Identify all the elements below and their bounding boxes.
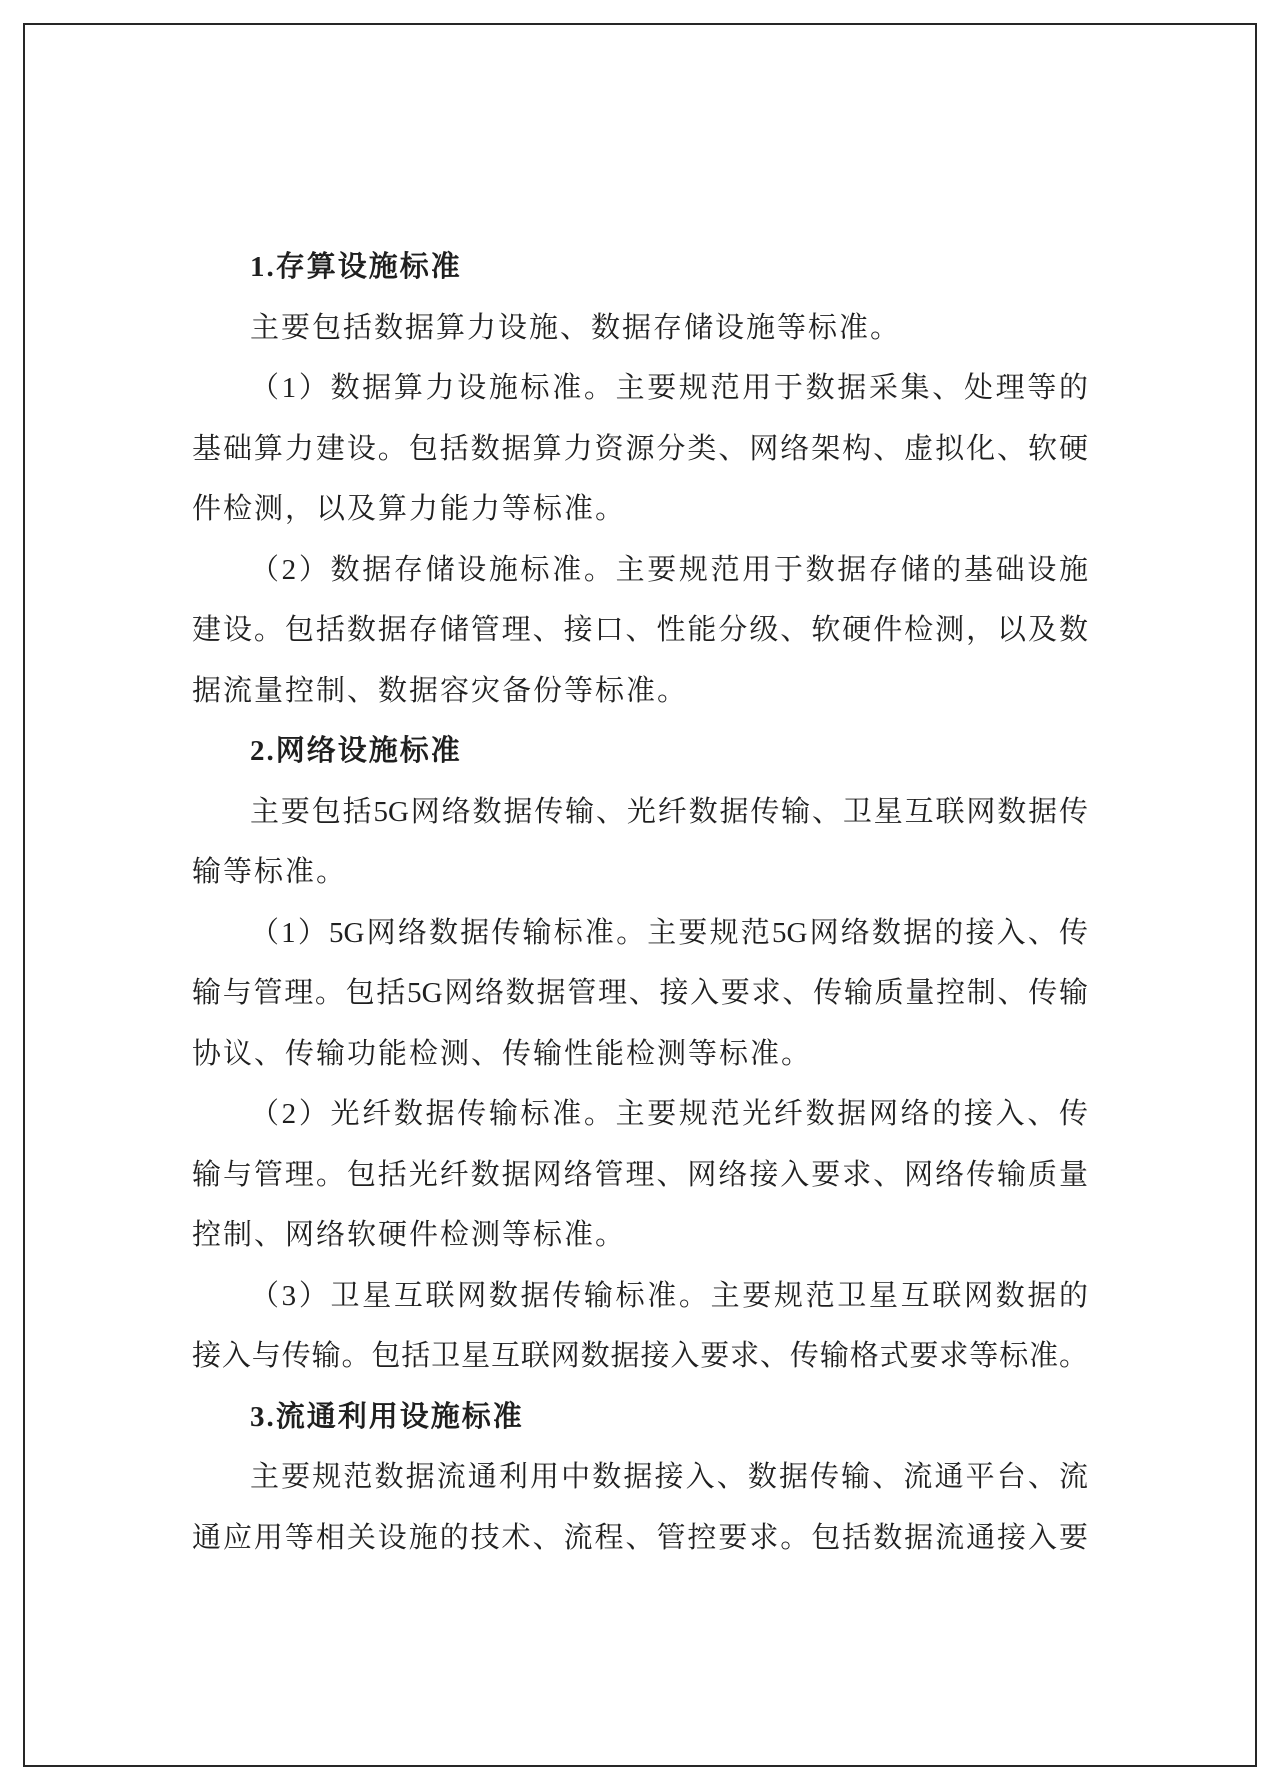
document-text-block: 1.存算设施标准 主要包括数据算力设施、数据存储设施等标准。 （1）数据算力设施… bbox=[192, 237, 1088, 1568]
text-line: 通应用等相关设施的技术、流程、管控要求。包括数据流通接入要 bbox=[192, 1508, 1088, 1569]
text-line: 建设。包括数据存储管理、接口、性能分级、软硬件检测，以及数 bbox=[192, 600, 1088, 661]
text-line: 接入与传输。包括卫星互联网数据接入要求、传输格式要求等标准。 bbox=[192, 1326, 1088, 1387]
text-line: （3）卫星互联网数据传输标准。主要规范卫星互联网数据的 bbox=[192, 1266, 1088, 1327]
text-line: 输与管理。包括5G网络数据管理、接入要求、传输质量控制、传输 bbox=[192, 963, 1088, 1024]
text-line: 协议、传输功能检测、传输性能检测等标准。 bbox=[192, 1024, 1088, 1085]
section-heading-1: 1.存算设施标准 bbox=[192, 237, 1088, 298]
text-line: 基础算力建设。包括数据算力资源分类、网络架构、虚拟化、软硬 bbox=[192, 419, 1088, 480]
text-line: 件检测，以及算力能力等标准。 bbox=[192, 479, 1088, 540]
section-heading-3: 3.流通利用设施标准 bbox=[192, 1387, 1088, 1448]
text-line: （1）5G网络数据传输标准。主要规范5G网络数据的接入、传 bbox=[192, 903, 1088, 964]
document-page: 1.存算设施标准 主要包括数据算力设施、数据存储设施等标准。 （1）数据算力设施… bbox=[0, 0, 1280, 1790]
text-line: 主要规范数据流通利用中数据接入、数据传输、流通平台、流 bbox=[192, 1447, 1088, 1508]
text-line: 据流量控制、数据容灾备份等标准。 bbox=[192, 661, 1088, 722]
text-line: 输与管理。包括光纤数据网络管理、网络接入要求、网络传输质量 bbox=[192, 1145, 1088, 1206]
text-line: （1）数据算力设施标准。主要规范用于数据采集、处理等的 bbox=[192, 358, 1088, 419]
text-line: （2）数据存储设施标准。主要规范用于数据存储的基础设施 bbox=[192, 540, 1088, 601]
text-line: 控制、网络软硬件检测等标准。 bbox=[192, 1205, 1088, 1266]
text-line: 主要包括数据算力设施、数据存储设施等标准。 bbox=[192, 298, 1088, 359]
text-line: 主要包括5G网络数据传输、光纤数据传输、卫星互联网数据传 bbox=[192, 782, 1088, 843]
text-line: 输等标准。 bbox=[192, 842, 1088, 903]
section-heading-2: 2.网络设施标准 bbox=[192, 721, 1088, 782]
text-line: （2）光纤数据传输标准。主要规范光纤数据网络的接入、传 bbox=[192, 1084, 1088, 1145]
